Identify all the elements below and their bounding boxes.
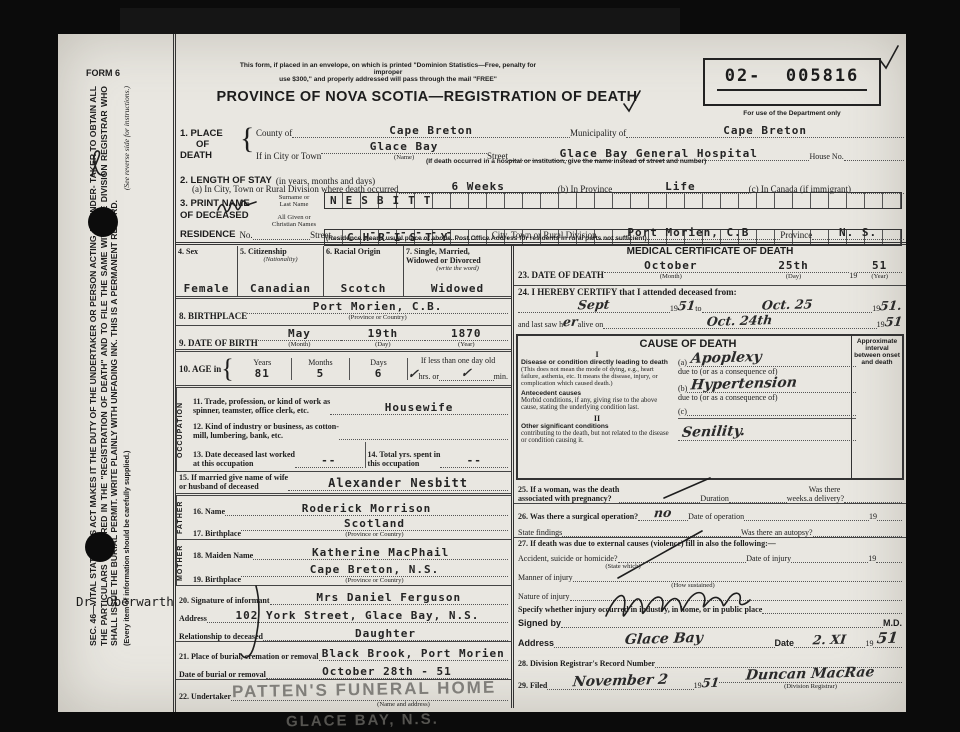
dob-label: 9. DATE OF BIRTH	[179, 338, 258, 348]
residence-label: RESIDENCE	[180, 229, 235, 240]
filed-date: November 2	[572, 672, 669, 690]
cause-b-value: Hypertension	[690, 375, 798, 394]
age-label: 10. AGE in	[179, 364, 221, 374]
dob-year: 1870	[451, 327, 482, 340]
date-of-death-row: 23. DATE OF DEATH October(Month) 25th(Da…	[514, 259, 906, 286]
stub-notice: SEC. 46—VITAL STATISTICS ACT MAKES IT TH…	[88, 86, 120, 646]
burial-place-label: 21. Place of burial, cremation or remova…	[179, 652, 319, 661]
other-label-2: contributing to the death, but not relat…	[521, 430, 673, 444]
last-saw-label-2: alive on	[578, 320, 604, 329]
medical-certificate-header: MEDICAL CERTIFICATE OF DEATH	[514, 246, 906, 259]
racial-origin-label: 6. Racial Origin	[326, 247, 401, 256]
age-days-label: Days	[370, 358, 386, 367]
citizenship-label: 5. Citizenship	[240, 247, 321, 256]
brace-glyph: {	[240, 126, 254, 152]
citizenship-sub: (Nationality)	[240, 256, 321, 263]
racial-origin-cell: 6. Racial Origin Scotch	[324, 246, 404, 296]
certify-label: 24. I HEREBY CERTIFY that I attended dec…	[518, 287, 902, 297]
attended-to: Oct. 25	[761, 296, 813, 312]
personal-column: 4. Sex Female 5. Citizenship (Nationalit…	[176, 246, 514, 708]
specify-label: Specify whether injury occurred in indus…	[518, 605, 762, 614]
occupation-group: OCCUPATION 11. Trade, profession, or kin…	[176, 388, 511, 472]
operation-value: no	[654, 505, 673, 520]
registrar-sub: (Division Registrar)	[719, 683, 902, 690]
antecedent-note: Morbid conditions, if any, giving rise t…	[521, 397, 673, 411]
registration-number: 02- 005816	[705, 66, 879, 86]
doctor-annotation: Dr. Oberwarth	[76, 594, 174, 609]
punch-hole-top	[88, 207, 118, 237]
mother-name-row: 18. Maiden Name Katherine MacPhail	[193, 540, 508, 560]
mother-name-value: Katherine MacPhail	[312, 546, 449, 559]
father-name-label: 16. Name	[193, 507, 225, 516]
age-min-label: min.	[494, 372, 508, 381]
record-number-label: 28. Division Registrar's Record Number	[518, 659, 655, 668]
marital-label-1: 7. Single, Married,	[406, 247, 509, 256]
relationship-label: Relationship to deceased	[179, 632, 263, 641]
sex-value: Female	[178, 282, 235, 295]
occupation-side-label: OCCUPATION	[176, 388, 190, 471]
interval-column: Approximate interval between onset and d…	[851, 336, 902, 478]
mother-birthplace-row: 19. Birthplace Cape Breton, N.S. (Provin…	[193, 560, 508, 584]
stub-rotated-text: SEC. 46—VITAL STATISTICS ACT MAKES IT TH…	[88, 86, 131, 646]
undertaker-sub: (Name and address)	[299, 701, 508, 708]
medical-column: MEDICAL CERTIFICATE OF DEATH 23. DATE OF…	[514, 246, 906, 708]
age-years-label: Years	[253, 358, 271, 367]
marital-status-cell: 7. Single, Married, Widowed or Divorced …	[404, 246, 511, 296]
trade-row: 11. Trade, profession, or kind of work a…	[193, 388, 508, 415]
surname-sub-label: Surname or Last Name	[268, 194, 320, 208]
age-hrs-check: ✓	[407, 366, 419, 381]
form-number: FORM 6	[86, 68, 120, 78]
burial-row: 21. Place of burial, cremation or remova…	[176, 642, 511, 680]
county-line: County of Cape Breton Municipality of Ca…	[256, 124, 904, 138]
sex-label: 4. Sex	[178, 247, 235, 256]
field-1-label: 1. PLACE OF DEATH	[180, 128, 238, 161]
racial-origin-value: Scotch	[326, 282, 401, 295]
dob-day: 19th	[368, 327, 399, 340]
county-label: County of	[256, 128, 292, 138]
marital-sub: (write the word)	[406, 265, 509, 272]
page-title: PROVINCE OF NOVA SCOTIA—REGISTRATION OF …	[212, 89, 642, 105]
leading-label: Disease or condition directly leading to…	[521, 359, 673, 366]
birthplace-sub: (Province or Country)	[247, 314, 508, 321]
state-which-sub: (State which)	[578, 563, 668, 570]
residence-province-label: Province	[780, 230, 812, 240]
punch-hole-bottom	[85, 532, 115, 562]
operation-row: 26. Was there a surgical operation? no D…	[514, 504, 906, 538]
father-birthplace-value: Scotland	[344, 517, 405, 530]
department-only-note: For use of the Department only	[703, 110, 881, 117]
father-side-label: FATHER	[176, 496, 190, 539]
birthplace-label: 8. BIRTHPLACE	[179, 311, 247, 321]
part-one: I	[521, 350, 673, 359]
physician-address-label: Address	[518, 638, 554, 648]
relationship-value: Daughter	[355, 627, 416, 640]
burial-place-value: Black Brook, Port Morien	[322, 647, 505, 660]
age-years: 81	[255, 367, 270, 380]
nature-label: Nature of injury	[518, 592, 570, 601]
sex-cell: 4. Sex Female	[176, 246, 238, 296]
dod-day: 25th	[778, 259, 809, 272]
attended-from: Sept	[577, 297, 610, 313]
trade-value: Housewife	[385, 401, 454, 414]
cause-of-death-box: Approximate interval between onset and d…	[516, 334, 904, 480]
last-worked-value: --	[321, 454, 336, 467]
informant-address-label: Address	[179, 614, 207, 623]
signed-by-label: Signed by	[518, 618, 561, 628]
dob-day-sub: (Day)	[341, 341, 424, 348]
informant-value: Mrs Daniel Ferguson	[316, 591, 461, 604]
father-group: FATHER 16. Name Roderick Morrison 17. Bi…	[176, 496, 511, 540]
scanned-death-registration: FORM 6 SEC. 46—VITAL STATISTICS ACT MAKE…	[0, 0, 960, 732]
mother-birthplace-value: Cape Breton, N.S.	[310, 563, 440, 576]
father-birthplace-label: 17. Birthplace	[193, 529, 241, 538]
due-to-2: due to (or as a consequence of)	[678, 393, 856, 402]
marital-label-2: Widowed or Divorced	[406, 256, 509, 265]
filed-year: 51	[701, 675, 720, 690]
mother-side-label: MOTHER	[176, 540, 190, 585]
municipality-label: Municipality of	[570, 128, 626, 138]
hospital-note: (If death occurred in a hospital or inst…	[426, 158, 706, 165]
dod-month: October	[644, 259, 697, 272]
age-months: 5	[317, 367, 325, 380]
municipality-value: Cape Breton	[723, 124, 807, 137]
mother-name-label: 18. Maiden Name	[193, 551, 253, 560]
sign-date-year: 51	[876, 629, 899, 648]
house-no-label: House No.	[809, 152, 843, 161]
father-name-value: Roderick Morrison	[302, 502, 432, 515]
residence-province-value: N. S.	[839, 226, 877, 239]
undertaker-row: 22. Undertaker PATTEN'S FUNERAL HOME (Na…	[176, 680, 511, 732]
funeral-home-stamp-city: GLACE BAY, N.S.	[286, 711, 439, 731]
age-row: 10. AGE in { Years 81 Months 5 Days 6 If…	[176, 352, 511, 388]
marital-value: Widowed	[406, 282, 509, 295]
duration-label: Duration	[700, 494, 728, 503]
certify-row: 24. I HEREBY CERTIFY that I attended dec…	[514, 286, 906, 334]
dob-month: May	[288, 327, 311, 340]
citizenship-value: Canadian	[240, 282, 321, 295]
other-conditions-value: Senility.	[681, 423, 746, 441]
row-4-7: 4. Sex Female 5. Citizenship (Nationalit…	[176, 246, 511, 299]
last-worked-row: 13. Date deceased last workedat this occ…	[193, 440, 508, 468]
dod-year: 51	[872, 259, 887, 272]
sign-date-label: Date	[775, 638, 795, 648]
town-label: If in City or Town	[256, 151, 321, 161]
md-label: M.D.	[883, 618, 902, 628]
external-causes-row: 27. If death was due to external causes …	[514, 538, 906, 608]
left-stub: FORM 6 SEC. 46—VITAL STATISTICS ACT MAKE…	[58, 34, 173, 712]
mother-group: MOTHER 18. Maiden Name Katherine MacPhai…	[176, 540, 511, 586]
father-birthplace-row: 17. Birthplace Scotland (Province or Cou…	[193, 516, 508, 538]
age-brace: {	[221, 356, 233, 382]
surname-grid: NESBITT	[324, 192, 902, 209]
cause-of-death-header: CAUSE OF DEATH	[518, 338, 858, 350]
pregnancy-row: 25. If a woman, was the deathassociated …	[514, 480, 906, 504]
other-label-1: Other significant conditions	[521, 423, 673, 430]
interval-header: Approximate interval between onset and d…	[854, 338, 900, 366]
last-saw-date: Oct. 24th	[706, 312, 773, 329]
paper: FORM 6 SEC. 46—VITAL STATISTICS ACT MAKE…	[58, 34, 906, 712]
informant-label: 20. Signature of informant	[179, 596, 270, 605]
part-two: II	[521, 414, 673, 423]
registrar-signature: Duncan MacRae	[745, 664, 875, 683]
divider-rule	[176, 242, 906, 245]
last-saw-year: 51	[884, 314, 903, 329]
manner-label: Manner of injury	[518, 573, 573, 582]
stub-supplied-note: (Every item of information should be car…	[122, 451, 131, 646]
residence-note: (Residence means usual place of abode. P…	[326, 235, 647, 242]
antecedent-label: Antecedent causes	[521, 390, 673, 397]
age-hrs-label: hrs. or	[419, 372, 439, 381]
leading-note: (This does not mean the mode of dying, e…	[521, 366, 673, 387]
county-value: Cape Breton	[389, 124, 473, 137]
sign-date-value: 2. XI	[812, 632, 847, 648]
last-saw-label-1: and last saw h	[518, 320, 563, 329]
physician-address-value: Glace Bay	[624, 630, 704, 648]
burial-date-value: October 28th - 51	[322, 665, 452, 678]
town-value: Glace Bay	[370, 140, 439, 153]
mother-birthplace-label: 19. Birthplace	[193, 575, 241, 584]
external-causes-label: 27. If death was due to external causes …	[518, 539, 902, 548]
informant-row: 20. Signature of informant Mrs Daniel Fe…	[176, 586, 511, 642]
findings-label: State findings	[518, 528, 562, 537]
registration-form: This form, if placed in an envelope, on …	[173, 34, 906, 712]
dod-label: 23. DATE OF DEATH	[518, 270, 604, 280]
spouse-value: Alexander Nesbitt	[328, 476, 468, 490]
weeks-label: weeks.	[787, 494, 809, 503]
filed-label: 29. Filed	[518, 681, 547, 690]
industry-row: 12. Kind of industry or business, as cot…	[193, 415, 508, 440]
filed-row: 29. Filed November 2 19 51 Duncan MacRae…	[514, 668, 906, 690]
age-less-label: If less than one day old	[421, 356, 495, 365]
informant-address-value: 102 York Street, Glace Bay, N.S.	[235, 609, 479, 622]
dob-month-sub: (Month)	[258, 341, 341, 348]
last-saw-pronoun: er	[562, 314, 578, 329]
stub-reverse-note: (See reverse side for instructions.)	[122, 86, 131, 190]
surname-value: NESBITT	[330, 194, 439, 207]
citizenship-cell: 5. Citizenship (Nationality) Canadian	[238, 246, 324, 296]
operation-date-label: Date of operation	[688, 512, 744, 521]
age-days: 6	[375, 367, 383, 380]
spouse-row: 15. If married give name of wifeor husba…	[176, 472, 511, 496]
undertaker-label: 22. Undertaker	[179, 692, 231, 701]
dob-year-sub: (Year)	[425, 341, 508, 348]
father-name-row: 16. Name Roderick Morrison	[193, 496, 508, 516]
field-3-label: 3. PRINT NAME OF DECEASED	[180, 198, 264, 222]
date-of-birth-row: 9. DATE OF BIRTH May(Month) 19th(Day) 18…	[176, 326, 511, 352]
registration-number-box: 02- 005816	[703, 58, 881, 106]
burial-date-label: Date of burial or removal	[179, 670, 266, 679]
mail-notice: This form, if placed in an envelope, on …	[238, 62, 538, 83]
birthplace-value: Port Morien, C.B.	[313, 300, 443, 313]
total-years-value: --	[467, 454, 482, 467]
attended-from-year: 51	[677, 298, 696, 313]
accident-label: Accident, suicide or homicide?	[518, 554, 618, 563]
physician-address-row: Address Glace Bay Date 2. XI 19 51	[514, 628, 906, 648]
age-months-label: Months	[308, 358, 332, 367]
cause-a-value: Apoplexy	[690, 349, 763, 367]
birthplace-row: 8. BIRTHPLACE Port Morien, C.B. (Provinc…	[176, 299, 511, 326]
operation-label: 26. Was there a surgical operation?	[518, 512, 638, 521]
residence-no-label: No.	[239, 230, 252, 240]
registration-number-underline	[717, 89, 867, 91]
how-sustained-sub: (How sustained)	[648, 582, 738, 589]
autopsy-label: Was there an autopsy?	[741, 528, 813, 537]
date-of-injury-label: Date of injury	[746, 554, 791, 563]
age-min-check: ✓	[460, 365, 472, 380]
attended-to-year: 51.	[879, 298, 903, 314]
